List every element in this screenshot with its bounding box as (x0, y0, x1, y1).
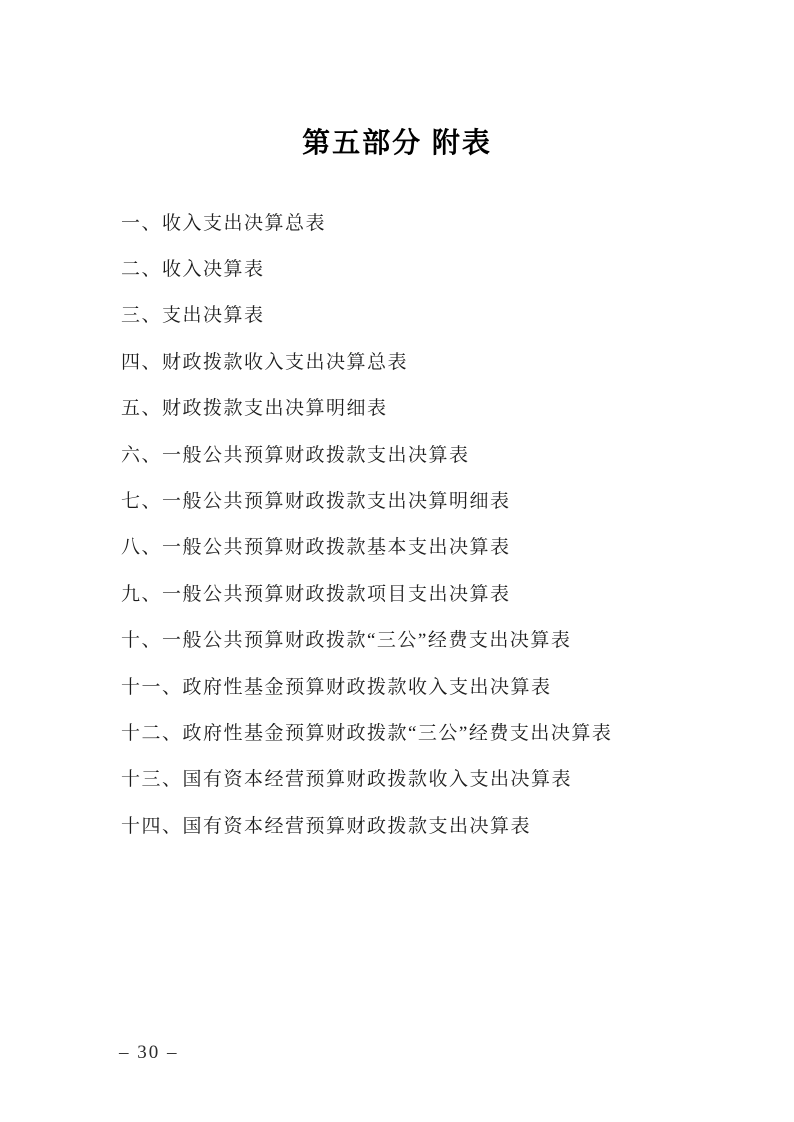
toc-item-1: 一、收入支出决算总表 (121, 198, 734, 244)
toc-item-5: 五、财政拨款支出决算明细表 (121, 384, 734, 430)
toc-item-12: 十二、政府性基金预算财政拨款“三公”经费支出决算表 (121, 708, 734, 754)
document-page: 第五部分 附表 一、收入支出决算总表 二、收入决算表 三、支出决算表 四、财政拨… (0, 0, 794, 1122)
page-number: – 30 – (119, 1042, 179, 1065)
toc-list: 一、收入支出决算总表 二、收入决算表 三、支出决算表 四、财政拨款收入支出决算总… (121, 198, 734, 847)
toc-item-13: 十三、国有资本经营预算财政拨款收入支出决算表 (121, 755, 734, 801)
toc-item-8: 八、一般公共预算财政拨款基本支出决算表 (121, 523, 734, 569)
toc-item-3: 三、支出决算表 (121, 291, 734, 337)
toc-item-4: 四、财政拨款收入支出决算总表 (121, 337, 734, 383)
toc-item-2: 二、收入决算表 (121, 244, 734, 290)
toc-item-9: 九、一般公共预算财政拨款项目支出决算表 (121, 569, 734, 615)
page-title: 第五部分 附表 (0, 0, 794, 160)
toc-item-14: 十四、国有资本经营预算财政拨款支出决算表 (121, 801, 734, 847)
toc-item-7: 七、一般公共预算财政拨款支出决算明细表 (121, 476, 734, 522)
toc-item-6: 六、一般公共预算财政拨款支出决算表 (121, 430, 734, 476)
toc-item-11: 十一、政府性基金预算财政拨款收入支出决算表 (121, 662, 734, 708)
toc-item-10: 十、一般公共预算财政拨款“三公”经费支出决算表 (121, 616, 734, 662)
